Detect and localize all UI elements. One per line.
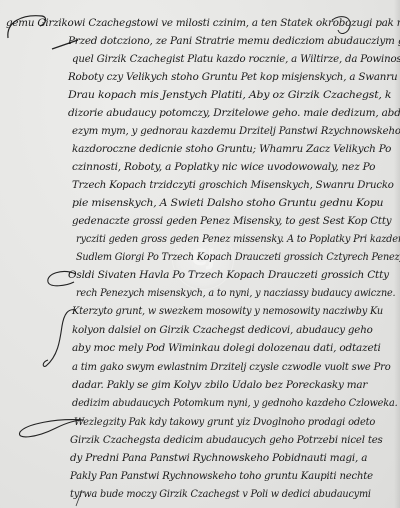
manuscript-line: Wezlegzity Pak kdy takowy grunt yiz Dvog… bbox=[74, 416, 375, 428]
manuscript-line: rech Penezych misenskych, a to nyni, y n… bbox=[76, 287, 395, 299]
manuscript-line: dedizim abudaucych Potomkum nyni, y gedn… bbox=[72, 397, 398, 409]
manuscript-line: quel Girzik Czachegist Platu kazdo roczn… bbox=[72, 53, 400, 65]
manuscript-line: gemu Girzikowi Czachegstowi ve milosti c… bbox=[6, 17, 400, 29]
manuscript-line: Osldi Sivaten Havla Po Trzech Kopach Dra… bbox=[68, 269, 389, 281]
manuscript-line: Pakly Pan Panstwi Rychnowskeho toho grun… bbox=[70, 470, 373, 482]
manuscript-line: Trzech Kopach trzidczyti groschich Misen… bbox=[72, 179, 394, 191]
manuscript-line: rycziti geden gross geden Penez missensk… bbox=[76, 233, 400, 245]
manuscript-line: kazdoroczne dedicnie stoho Gruntu; Whamr… bbox=[72, 143, 391, 155]
manuscript-line: dy Predni Pana Panstwi Rychnowskeho Pobi… bbox=[70, 452, 367, 464]
manuscript-line: Roboty czy Velikych stoho Gruntu Pet kop… bbox=[68, 71, 400, 83]
manuscript-line: Kterzyto grunt, w swezkem mosowity y nem… bbox=[72, 305, 383, 317]
manuscript-page: CJ gemu Girzikowi Czachegstowi ve milost… bbox=[0, 0, 400, 508]
manuscript-line: Girzik Czachegsta dedicim abudaucych geh… bbox=[70, 434, 383, 446]
manuscript-line: a tim gako swym ewlastnim Drzitelj czysl… bbox=[72, 361, 391, 373]
manuscript-line: aby moc mely Pod Wiminkau dolegi dolozen… bbox=[72, 342, 381, 354]
manuscript-line: dizorie abudaucy potomczy, Drzitelowe ge… bbox=[68, 107, 400, 119]
manuscript-line: kolyon dalsiel on Girzik Czachegst dedic… bbox=[72, 324, 373, 336]
manuscript-line: Przed dotcziono, ze Pani Stratrie memu d… bbox=[68, 35, 400, 47]
manuscript-line: Sudlem Giorgi Po Trzech Kopach Drauczeti… bbox=[76, 251, 400, 263]
manuscript-line: ezym mym, y gednorau kazdemu Drzitelj Pa… bbox=[72, 125, 400, 137]
manuscript-line: czinnosti, Roboty, a Poplatky nic wice u… bbox=[72, 161, 375, 173]
manuscript-line: gedenaczte grossi geden Penez Misensky, … bbox=[72, 215, 391, 227]
manuscript-line: pie misenskych, A Swieti Dalsho stoho Gr… bbox=[72, 197, 383, 209]
manuscript-line: Drau kopach mis Jenstych Platiti, Aby oz… bbox=[68, 89, 391, 101]
manuscript-line: dadar. Pakly se gim Kolyv zbilo Udalo be… bbox=[72, 379, 367, 391]
manuscript-line: tyrwa bude moczy Girzik Czachegst v Poli… bbox=[70, 488, 371, 500]
